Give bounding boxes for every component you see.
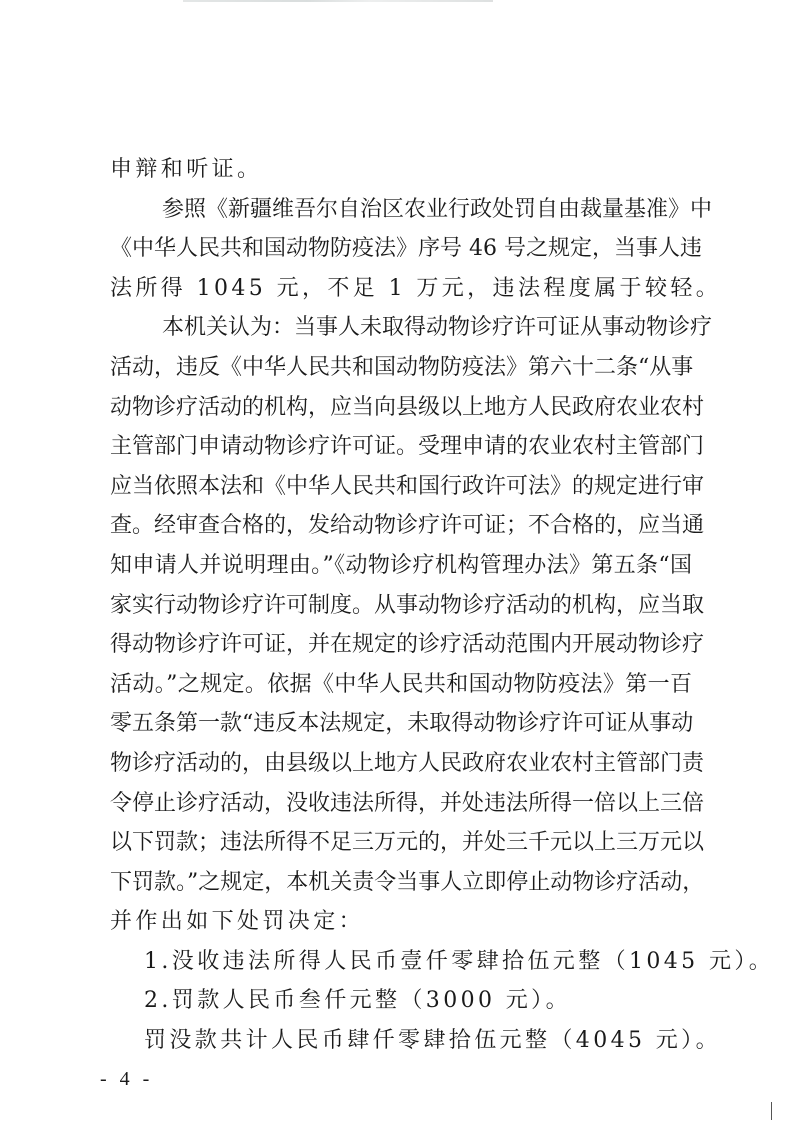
text-line: 知申请人并说明理由。”《动物诊疗机构管理办法》第五条“国 (110, 546, 692, 586)
text-line: 以下罚款；违法所得不足三万元的，并处三千元以上三万元以 (110, 823, 692, 863)
penalty-total: 罚没款共计人民币肆仟零肆拾伍元整（4045 元）。 (110, 1021, 692, 1061)
text-line: 家实行动物诊疗许可制度。从事动物诊疗活动的机构，应当取 (110, 586, 692, 626)
text-line: 得动物诊疗许可证，并在规定的诊疗活动范围内开展动物诊疗 (110, 625, 692, 665)
text-line: 并作出如下处罚决定： (110, 902, 692, 942)
text-line: 《中华人民共和国动物防疫法》序号 46 号之规定，当事人违 (110, 229, 692, 269)
text-line: 本机关认为：当事人未取得动物诊疗许可证从事动物诊疗 (110, 308, 692, 348)
document-body: 申辩和听证。 参照《新疆维吾尔自治区农业行政处罚自由裁量基准》中 《中华人民共和… (110, 150, 692, 1061)
text-line: 活动，违反《中华人民共和国动物防疫法》第六十二条“从事 (110, 348, 692, 388)
text-line: 申辩和听证。 (110, 150, 692, 190)
text-line: 法所得 1045 元，不足 1 万元，违法程度属于较轻。 (110, 269, 692, 309)
text-line: 物诊疗活动的，由县级以上地方人民政府农业农村主管部门责 (110, 744, 692, 784)
scan-edge-mark (771, 1102, 772, 1120)
penalty-item-fine: 2.罚款人民币叁仟元整（3000 元）。 (110, 981, 692, 1021)
penalty-item-confiscation: 1.没收违法所得人民币壹仟零肆拾伍元整（1045 元）。 (110, 942, 692, 982)
text-line: 下罚款。”之规定，本机关责令当事人立即停止动物诊疗活动， (110, 863, 692, 903)
text-line: 令停止诊疗活动，没收违法所得，并处违法所得一倍以上三倍 (110, 784, 692, 824)
text-line: 活动。”之规定。依据《中华人民共和国动物防疫法》第一百 (110, 665, 692, 705)
text-line: 主管部门申请动物诊疗许可证。受理申请的农业农村主管部门 (110, 427, 692, 467)
text-line: 动物诊疗活动的机构，应当向县级以上地方人民政府农业农村 (110, 388, 692, 428)
text-line: 零五条第一款“违反本法规定，未取得动物诊疗许可证从事动 (110, 704, 692, 744)
text-line: 应当依照本法和《中华人民共和国行政许可法》的规定进行审 (110, 467, 692, 507)
scan-artifact (183, 0, 493, 2)
text-line: 参照《新疆维吾尔自治区农业行政处罚自由裁量基准》中 (110, 190, 692, 230)
text-line: 查。经审查合格的，发给动物诊疗许可证；不合格的，应当通 (110, 506, 692, 546)
page-number: - 4 - (100, 1068, 153, 1091)
